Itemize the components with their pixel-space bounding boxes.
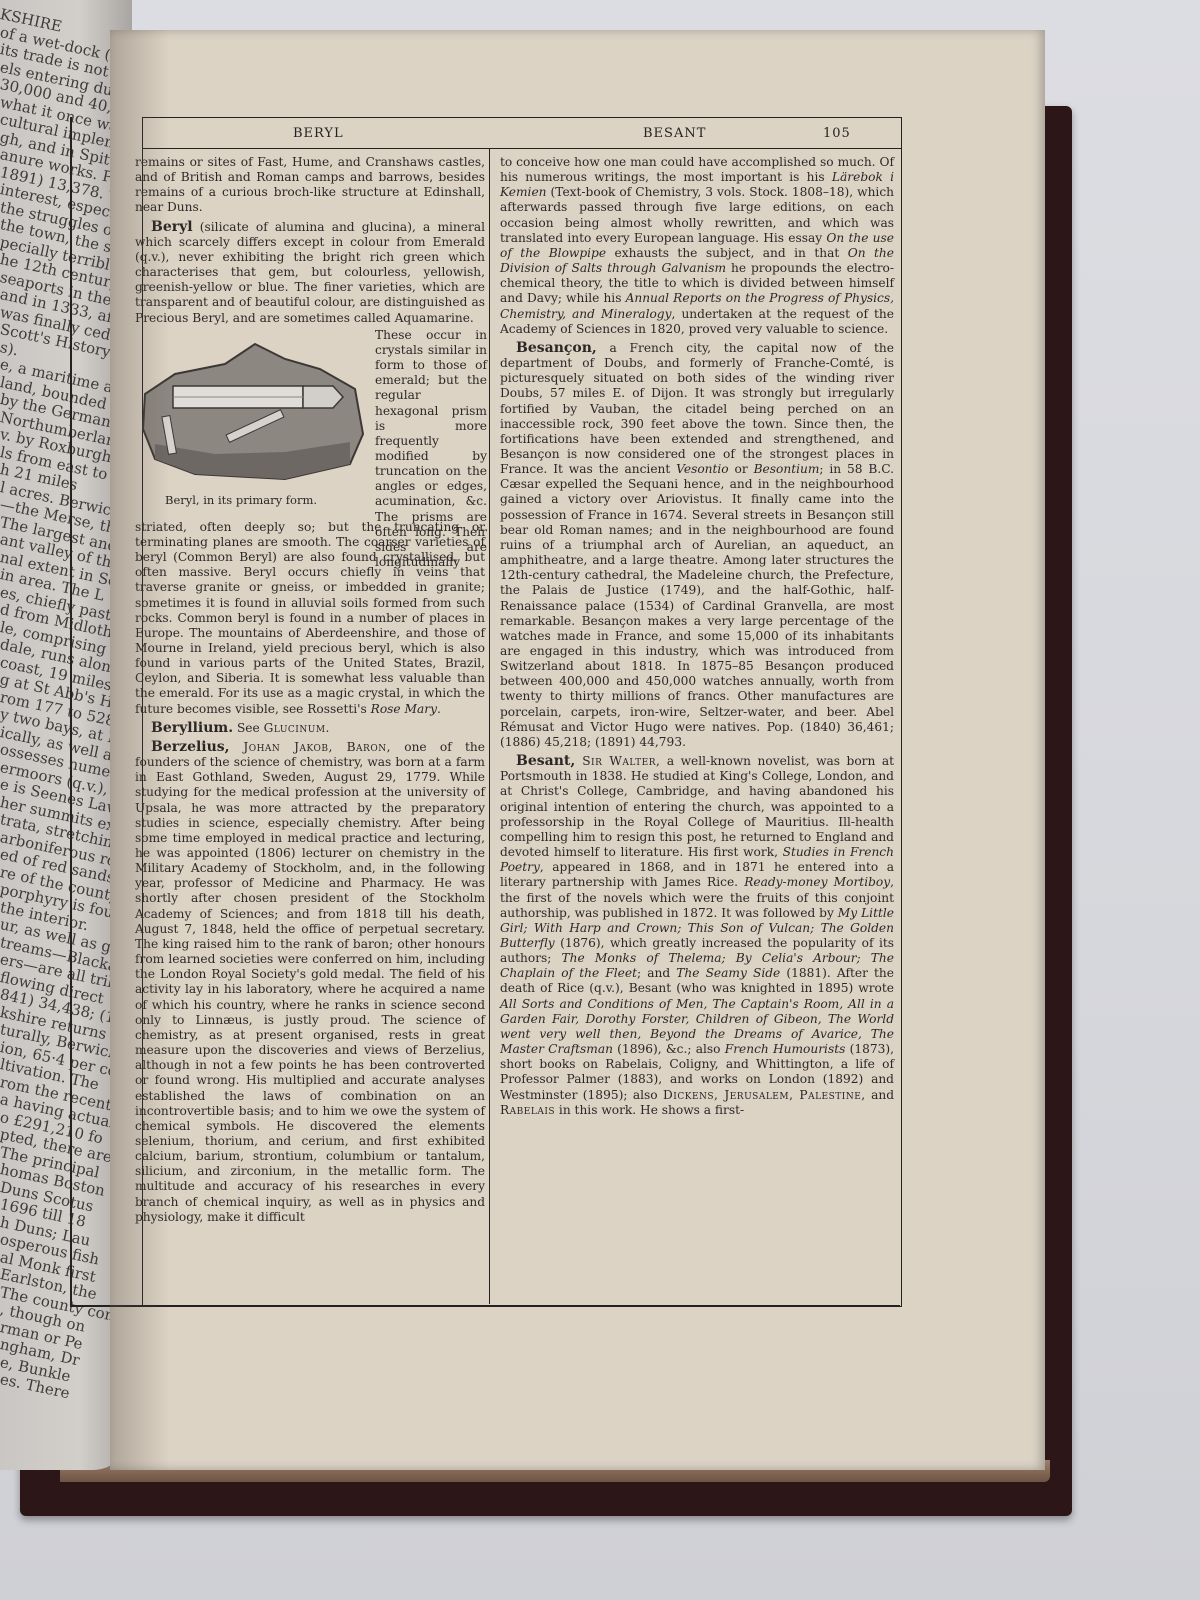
berzelius-continuation: to conceive how one man could have accom… <box>500 155 894 337</box>
beryl-crystal-illustration <box>135 334 367 484</box>
headword-berzelius: Berzelius, <box>151 739 230 755</box>
beryl-figure-block: Beryl, in its primary form. These occur … <box>135 328 485 518</box>
headword-besant: Besant, <box>516 753 575 769</box>
page-number: 105 <box>823 126 851 141</box>
entry-besancon: Besançon, a French city, the capital now… <box>500 341 894 750</box>
frame-rule-left <box>70 117 72 1307</box>
entry-berzelius: Berzelius, Johan Jakob, Baron, one of th… <box>135 740 485 1225</box>
running-head-left: BERYL <box>293 126 344 141</box>
continuation-paragraph: remains or sites of Fast, Hume, and Cran… <box>135 155 485 216</box>
headword-beryl: Beryl <box>151 219 193 235</box>
entry-besant: Besant, Sir Walter, a well-known novelis… <box>500 754 894 1118</box>
figure-caption: Beryl, in its primary form. <box>165 493 317 508</box>
headword-beryllium: Beryllium. <box>151 720 233 736</box>
left-column: remains or sites of Fast, Hume, and Cran… <box>135 155 485 1225</box>
running-head-right: BESANT <box>643 126 706 141</box>
column-rule <box>489 148 490 1304</box>
cross-reference: Glucinum. <box>264 721 330 735</box>
running-head: BERYL BESANT 105 <box>143 118 901 149</box>
right-column: to conceive how one man could have accom… <box>500 155 894 1118</box>
entry-beryllium: Beryllium. See Glucinum. <box>135 721 485 736</box>
page-frame: BERYL BESANT 105 remains or sites of Fas… <box>142 117 902 1307</box>
headword-besancon: Besançon, <box>516 340 597 356</box>
figure-side-text: These occur in crystals similar in form … <box>375 328 487 571</box>
entry-beryl: Beryl (silicate of alumina and glucina),… <box>135 220 485 326</box>
